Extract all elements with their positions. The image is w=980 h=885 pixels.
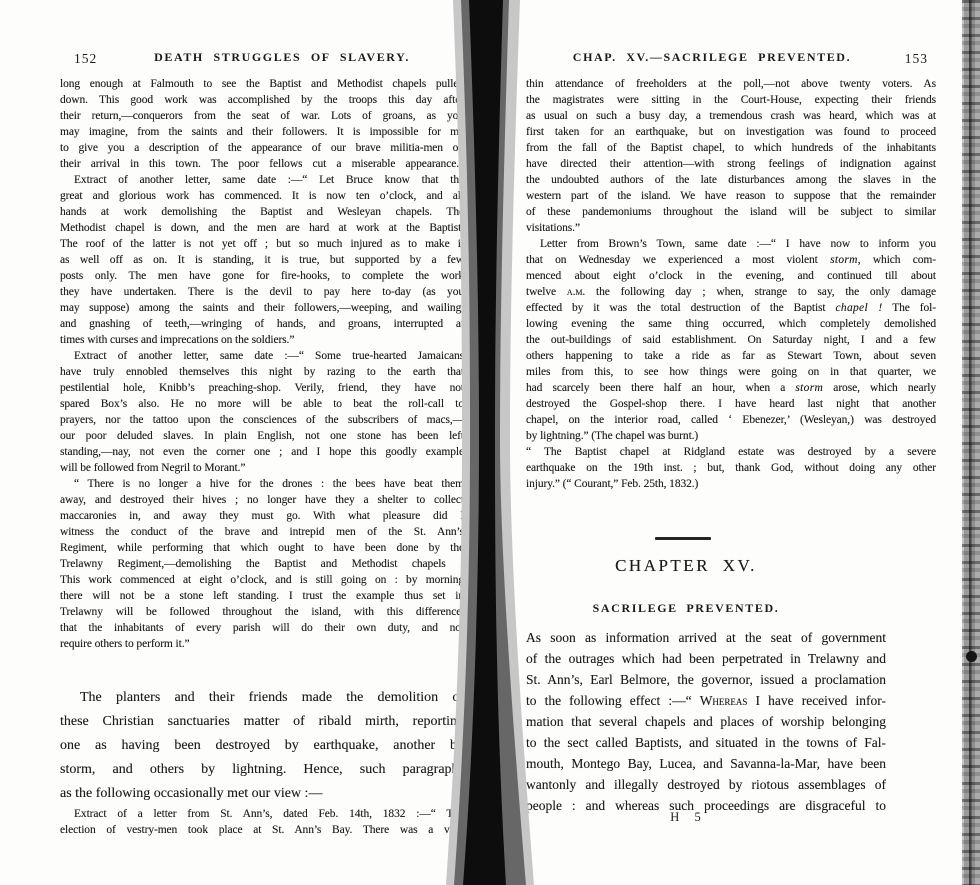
text-line: times with curses and imprecations on th…: [60, 332, 464, 348]
section-divider-rule: [655, 537, 711, 540]
paragraph: Letter from Brown’s Town, same date :—“ …: [526, 236, 936, 444]
text-line: as usual on such a busy day, a tremendou…: [526, 108, 936, 124]
text-line: others happening to take a ride as far a…: [526, 348, 936, 364]
text-line: of the outrages which had been perpetrat…: [526, 648, 886, 669]
text-line: one as having been destroyed by earthqua…: [60, 734, 464, 758]
text-line: our poor deluded slaves. In plain Englis…: [60, 428, 464, 444]
text-line: Extract of another letter, same date :—“…: [60, 172, 464, 188]
text-line: twelve a.m. the following day ; when, st…: [526, 284, 936, 300]
chapter-heading: CHAPTER XV.: [506, 556, 866, 576]
text-line: The planters and their friends made the …: [60, 686, 464, 710]
text-line: as well off as on. It is standing, it is…: [60, 252, 464, 268]
scan-edge-band: [962, 0, 980, 885]
text-line: Extract of a letter from St. Ann’s, date…: [60, 806, 464, 822]
right-page-number: 153: [905, 51, 928, 67]
text-line: visitations.”: [526, 220, 936, 236]
text-line: The roof of the latter is not yet off ; …: [60, 236, 464, 252]
text-line: had scarcely been there half an hour, wh…: [526, 380, 936, 396]
text-line: to the following effect :—“ Whereas I ha…: [526, 690, 886, 711]
paragraph: “ There is no longer a hive for the dron…: [60, 476, 464, 652]
text-line: the magistrates were sitting in the Cour…: [526, 92, 936, 108]
text-line: may suppose) among the saints and their …: [60, 300, 464, 316]
left-page-number: 152: [74, 51, 97, 67]
text-line: lowing evening the same thing occurred, …: [526, 316, 936, 332]
text-line: hands at work demolishing the Baptist an…: [60, 204, 464, 220]
text-line: and gnashing of teeth,—wringing of hands…: [60, 316, 464, 332]
text-line: St. Ann’s, Earl Belmore, the governor, i…: [526, 669, 886, 690]
text-line: will be followed from Negril to Morant.”: [60, 460, 464, 476]
left-page-small-text-bottom: Extract of a letter from St. Ann’s, date…: [60, 806, 464, 838]
text-line: destroyed the Gospel-shop there. I have …: [526, 396, 936, 412]
text-line: miles from this, to see how things were …: [526, 364, 936, 380]
text-line: Extract of another letter, same date :—“…: [60, 348, 464, 364]
text-line: that the inhabitants of every parish wil…: [60, 620, 464, 636]
text-line: long enough at Falmouth to see the Bapti…: [60, 76, 464, 92]
text-line: witness the conduct of the brave and int…: [60, 524, 464, 540]
text-line: thin attendance of freeholders at the po…: [526, 76, 936, 92]
left-running-header: 152 DEATH STRUGGLES OF SLAVERY.: [60, 50, 464, 68]
text-line: have truly ennobled themselves this nigh…: [60, 364, 464, 380]
text-line: to give you a description of the appeara…: [60, 140, 464, 156]
text-line: This work commenced at eight o’clock, an…: [60, 572, 464, 588]
text-line: Trelawny will be followed throughout the…: [60, 604, 464, 620]
text-line: prayers, nor the tattoo upon the conscie…: [60, 412, 464, 428]
text-line: injury.” (“ Courant,” Feb. 25th, 1832.): [526, 476, 936, 492]
text-line: storm, and others by lightning. Hence, s…: [60, 758, 464, 782]
text-line: chapel, on the interior road, called ‘ E…: [526, 412, 936, 428]
text-line: by lightning.” (The chapel was burnt.): [526, 428, 936, 444]
printers-signature-mark: H 5: [506, 810, 866, 825]
text-line: from the fall of the Baptist chapel, to …: [526, 140, 936, 156]
text-line: standing,—nay, not even the corner one ;…: [60, 444, 464, 460]
text-line: down. This good work was accomplished by…: [60, 92, 464, 108]
text-line: wantonly and illegally destroyed by riot…: [526, 774, 886, 795]
right-running-title: CHAP. XV.—SACRILEGE PREVENTED.: [526, 50, 898, 65]
text-line: require others to perform it.”: [60, 636, 464, 652]
paragraph: Extract of another letter, same date :—“…: [60, 348, 464, 476]
text-line: may imagine, from the saints and their f…: [60, 124, 464, 140]
text-line: these Christian sanctuaries matter of ri…: [60, 710, 464, 734]
text-line: great and glorious work has commenced. I…: [60, 188, 464, 204]
text-line: Regiment, while performing that which ou…: [60, 540, 464, 556]
text-line: As soon as information arrived at the se…: [526, 627, 886, 648]
text-line: mouth, Montego Bay, Lucea, and Savanna-l…: [526, 753, 886, 774]
text-line: Trelawny Regiment,—demolishing the Bapti…: [60, 556, 464, 572]
text-line: they have undertaken. There is the devil…: [60, 284, 464, 300]
text-line: mation that several chapels and places o…: [526, 711, 886, 732]
text-line: as the following occasionally met our vi…: [60, 782, 464, 806]
paragraph: Extract of another letter, same date :—“…: [60, 172, 464, 348]
text-line: to the sect called Baptists, and situate…: [526, 732, 886, 753]
text-line: western part of the island. We have reas…: [526, 188, 936, 204]
text-line: there will not be a stone left standing.…: [60, 588, 464, 604]
text-line: that on Wednesday we experienced a most …: [526, 252, 936, 268]
text-line: of these pandemoniums throughout the isl…: [526, 204, 936, 220]
text-line: “ There is no longer a hive for the dron…: [60, 476, 464, 492]
text-line: earthquake on the 19th inst. ; but, than…: [526, 460, 936, 476]
text-line: election of vestry-men took place at St.…: [60, 822, 464, 838]
left-page-small-text-top: long enough at Falmouth to see the Bapti…: [60, 76, 464, 652]
text-line: the undoubted authors of the late distur…: [526, 172, 936, 188]
book-gutter-shadow: [438, 0, 542, 885]
chapter-subheading: SACRILEGE PREVENTED.: [506, 601, 866, 616]
right-page-small-text: thin attendance of freeholders at the po…: [526, 76, 936, 492]
paragraph: Extract of a letter from St. Ann’s, date…: [60, 806, 464, 838]
text-line: maccaronies in, and away they must go. W…: [60, 508, 464, 524]
right-running-header: CHAP. XV.—SACRILEGE PREVENTED. 153: [526, 50, 936, 68]
paragraph: The planters and their friends made the …: [60, 686, 464, 806]
text-line: have directed their attention—with stron…: [526, 156, 936, 172]
text-line: their arrival in this town. The poor fel…: [60, 156, 464, 172]
paragraph: thin attendance of freeholders at the po…: [526, 76, 936, 236]
text-line: away, and destroyed their hives ; no lon…: [60, 492, 464, 508]
text-line: posts only. The men have gone for fire-h…: [60, 268, 464, 284]
text-line: first taken for an earthquake, but on in…: [526, 124, 936, 140]
text-line: spared Box’s also. He no more will be ab…: [60, 396, 464, 412]
text-line: effected by it was the total destruction…: [526, 300, 936, 316]
paragraph: “ The Baptist chapel at Ridgland estate …: [526, 444, 936, 492]
ink-dot: [966, 651, 977, 662]
left-running-title: DEATH STRUGGLES OF SLAVERY.: [100, 50, 464, 65]
text-line: their return,—conquerors from the seat o…: [60, 108, 464, 124]
text-line: Methodist chapel is down, and the men ar…: [60, 220, 464, 236]
left-page-large-paragraph: The planters and their friends made the …: [60, 686, 464, 806]
paragraph: long enough at Falmouth to see the Bapti…: [60, 76, 464, 172]
text-line: menced about eight o’clock in the evenin…: [526, 268, 936, 284]
text-line: “ The Baptist chapel at Ridgland estate …: [526, 444, 936, 460]
text-line: Letter from Brown’s Town, same date :—“ …: [526, 236, 936, 252]
text-line: the out-buildings of said establishment.…: [526, 332, 936, 348]
right-page-large-paragraph: As soon as information arrived at the se…: [526, 627, 886, 816]
paragraph: As soon as information arrived at the se…: [526, 627, 886, 816]
text-line: pestilential hole, Knibb’s preaching-sho…: [60, 380, 464, 396]
